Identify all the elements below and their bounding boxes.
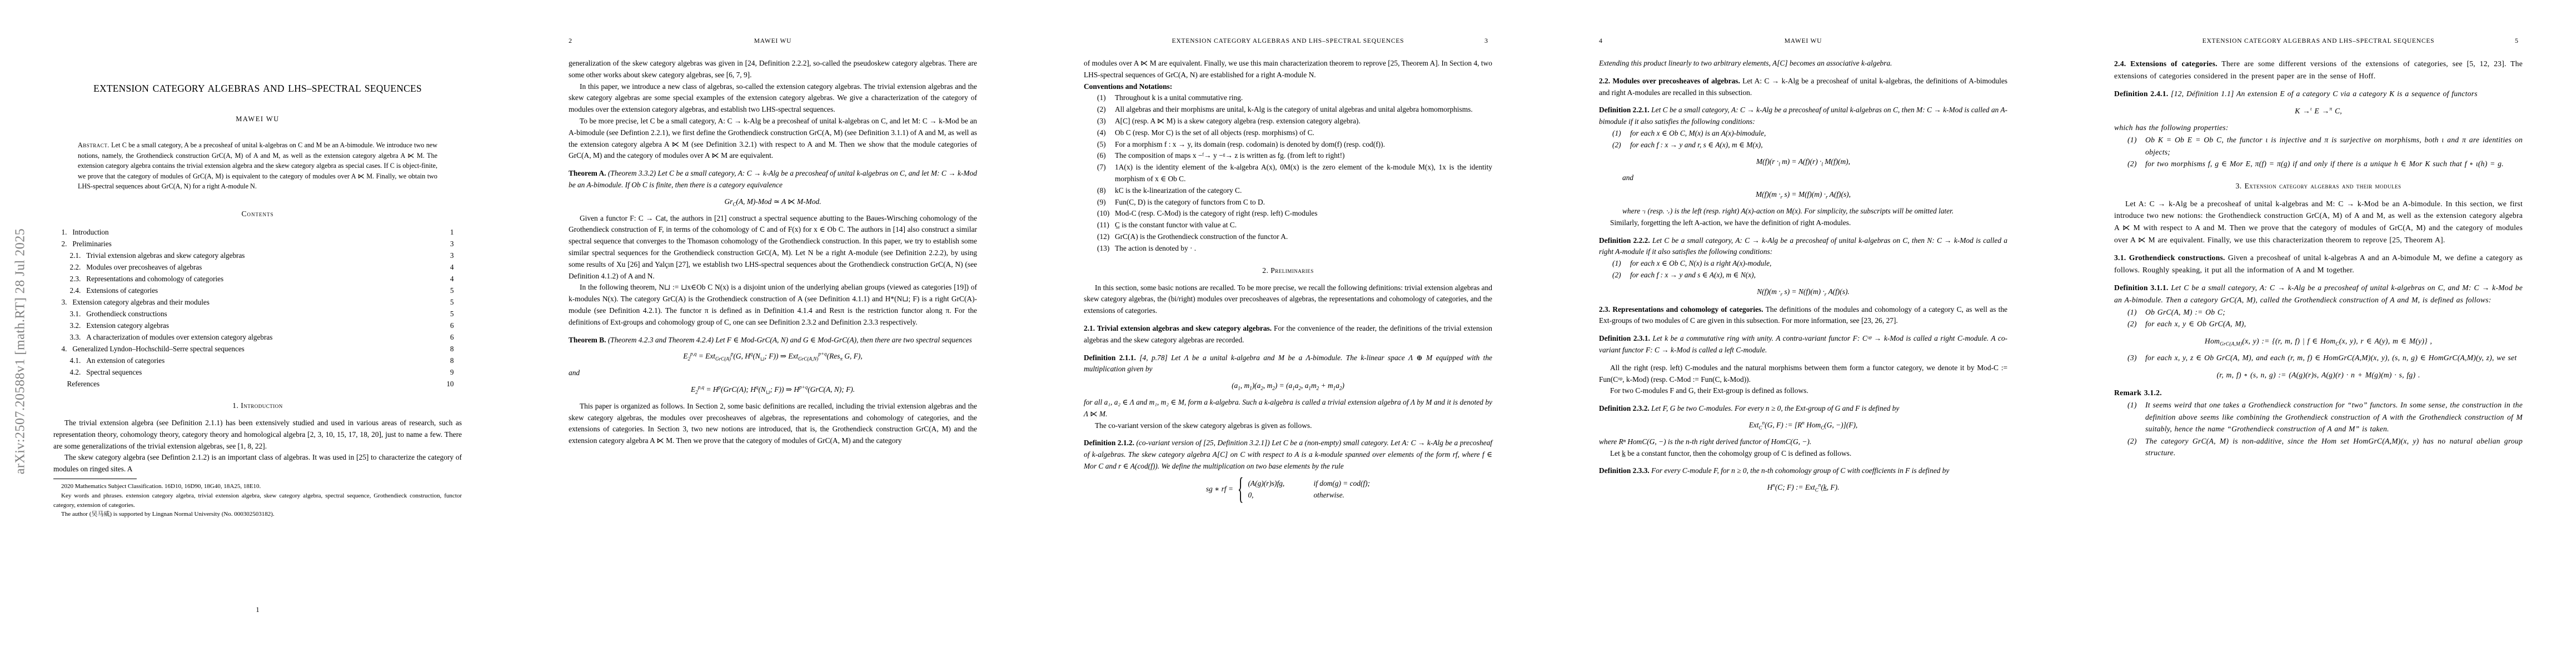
toc-row: 1.Introduction1	[62, 226, 454, 238]
definition-2-2-1: Definition 2.2.1. Let C be a small categ…	[1599, 104, 2007, 128]
definition-item: (1)Ob GrC(A, M) := Ob C;	[2114, 306, 2523, 318]
paragraph: To be more precise, let C be a small cat…	[569, 116, 977, 162]
display-formula: GrC(A, M)-Mod ≃ A ⋉ M-Mod.	[569, 196, 977, 208]
toc-page: 4	[450, 273, 454, 285]
subsection-heading: 2.4. Extensions of categories.	[2114, 59, 2218, 68]
convention-item: (3)A[C] (resp. A ⋉ M) is a skew category…	[1084, 116, 1492, 127]
toc-number: 4.2.	[70, 366, 81, 378]
toc-page: 6	[450, 320, 454, 331]
subsection-heading: 3.1. Grothendieck constructions.	[2114, 253, 2225, 262]
footnote-rule	[53, 479, 137, 479]
display-formula: E2p,q = Hp(GrC(A); Hq(N⊔; F)) ⇒ Hp+q(GrC…	[569, 384, 977, 396]
toc-number: 3.2.	[70, 320, 81, 331]
section-heading: 3. Extension category algebras and their…	[2114, 180, 2523, 192]
definition-item: (2)for each x, y ∈ Ob GrC(A, M),	[2114, 318, 2523, 330]
toc-page: 3	[450, 238, 454, 250]
toc-page: 5	[450, 285, 454, 296]
theorem-label: Theorem B.	[569, 336, 606, 344]
paragraph: In the following theorem, N⊔ := ⊔x∈Ob C …	[569, 282, 977, 328]
paper-scan: { "watermark": "arXiv:2507.20588v1 [math…	[0, 0, 2576, 667]
paragraph: This paper is organized as follows. In S…	[569, 401, 977, 447]
toc-number: 2.4.	[70, 285, 81, 296]
toc-label: Extensions of categories	[86, 285, 158, 296]
definition-tail: for all a₁, a₂ ∈ Λ and m₁, m₂ ∈ M, form …	[1084, 397, 1492, 420]
piecewise-formula: sg ∗ rf = { (A(g)(r)s)fg,if dom(g) = cod…	[1084, 478, 1492, 501]
author-name: MAWEI WU	[53, 115, 462, 123]
abstract-label: Abstract.	[78, 141, 109, 149]
convention-item: (9)Fun(C, D) is the category of functors…	[1084, 197, 1492, 208]
remark-3-1-2: Remark 3.1.2.	[2114, 387, 2523, 399]
subsection-2-1: 2.1. Trivial extension algebras and skew…	[1084, 323, 1492, 346]
toc-number: 2.2.	[70, 261, 81, 273]
toc-label: Representations and cohomology of catego…	[86, 273, 223, 285]
toc-number: 2.3.	[70, 273, 81, 285]
toc-row: 3.1.Grothendieck constructions5	[62, 308, 454, 320]
running-head: EXTENSION CATEGORY ALGEBRAS AND LHS–SPEC…	[1084, 37, 1492, 45]
definition-body: For every C-module F, for n ≥ 0, the n-t…	[1651, 466, 1949, 475]
display-formula: ExtCn(G, F) := [Rn HomC(G, −)](F),	[1599, 420, 2007, 431]
definition-body: [12, Définition 1.1] An extension E of a…	[2171, 89, 2478, 98]
footnote-funding: The author (吴马威) is supported by Lingnan…	[53, 510, 462, 519]
subsection-3-1: 3.1. Grothendieck constructions. Given a…	[2114, 252, 2523, 276]
definition-2-4-1: Definition 2.4.1. [12, Définition 1.1] A…	[2114, 88, 2523, 100]
where-note: where Rⁿ HomC(G, −) is the n-th right de…	[1599, 436, 2007, 448]
case-condition: otherwise.	[1313, 490, 1344, 501]
toc-label: Extension category algebras and their mo…	[72, 296, 209, 308]
brace-glyph: {	[1238, 475, 1244, 504]
paragraph: For two C-modules F and G, their Ext-gro…	[1599, 385, 2007, 397]
paper-title: EXTENSION CATEGORY ALGEBRAS AND LHS–SPEC…	[86, 81, 430, 96]
page-number: 4	[1599, 37, 1607, 45]
running-head: 2 MAWEI WU	[569, 37, 977, 45]
toc-page: 5	[450, 308, 454, 320]
toc-row: 2.1.Trivial extension algebras and skew …	[62, 250, 454, 261]
toc-page: 8	[450, 355, 454, 366]
convention-item: (1)Throughout k is a unital commutative …	[1084, 92, 1492, 104]
toc-number: 4.1.	[70, 355, 81, 366]
remark-item: (1)It seems weird that one takes a Groth…	[2114, 399, 2523, 435]
definition-label: Definition 2.3.3.	[1599, 466, 1650, 475]
definition-label: Definition 2.4.1.	[2114, 89, 2168, 98]
case-value: (A(g)(r)s)fg,	[1248, 478, 1313, 490]
definition-body: Let C be a small category, A: C → k-Alg …	[2114, 283, 2523, 304]
definition-label: Definition 2.1.1.	[1084, 354, 1136, 362]
paragraph: In this section, some basic notions are …	[1084, 282, 1492, 317]
convention-item: (5)For a morphism f : x → y, its domain …	[1084, 139, 1492, 151]
case-value: 0,	[1248, 490, 1313, 501]
case-condition: if dom(g) = cod(f);	[1313, 478, 1370, 490]
subsection-heading: 2.3. Representations and cohomology of c…	[1599, 305, 1763, 313]
convention-item: (2)All algebras and their morphisms are …	[1084, 104, 1492, 116]
convention-item: (11)C̲ is the constant functor with valu…	[1084, 220, 1492, 231]
definition-item: (1)for each x ∈ Ob C, M(x) is an A(x)-bi…	[1599, 128, 2007, 140]
theorem-b: Theorem B. (Theorem 4.2.3 and Theorem 4.…	[569, 335, 977, 346]
definition-item: (1)for each x ∈ Ob C, N(x) is a right A(…	[1599, 258, 2007, 270]
toc-number: 3.	[62, 296, 67, 308]
toc-label: Extension category algebras	[86, 320, 169, 331]
toc-page: 10	[446, 378, 454, 390]
toc-number: 3.1.	[70, 308, 81, 320]
remark-item: (2)The category GrC(A, M) is non-additiv…	[2114, 435, 2523, 459]
paragraph: All the right (resp. left) C-modules and…	[1599, 362, 2007, 386]
properties-line: which has the following properties:	[2114, 122, 2523, 134]
toc-row: 2.2.Modules over precosheaves of algebra…	[62, 261, 454, 273]
paragraph: The skew category algebra (see Defintion…	[53, 452, 462, 475]
section-heading: 2. Preliminaries	[1084, 265, 1492, 276]
toc-number: 3.3.	[70, 331, 81, 343]
convention-item: (8)kC is the k-linearization of the cate…	[1084, 185, 1492, 197]
page-number: 5	[2515, 37, 2523, 45]
definition-2-3-1: Definition 2.3.1. Let k be a commutative…	[1599, 333, 2007, 356]
paragraph: Given a functor F: C → Cat, the authors …	[569, 213, 977, 282]
contents-heading: Contents	[53, 210, 462, 218]
definition-2-1-2: Definition 2.1.2. (co-variant version of…	[1084, 437, 1492, 472]
where-note: where ·ₗ (resp. ·ᵣ) is the left (resp. r…	[1599, 206, 2007, 217]
toc-label: Spectral sequences	[86, 366, 142, 378]
toc-number: 1.	[62, 226, 67, 238]
display-formula: K →ι E →π C,	[2114, 105, 2523, 117]
toc-row: 2.3.Representations and cohomology of ca…	[62, 273, 454, 285]
display-formula: E2p,q = ExtGrC(A)p(G, Hq(N⊔; F)) ⇒ ExtGr…	[569, 351, 977, 362]
paragraph: Similarly, forgetting the left A-action,…	[1599, 217, 2007, 229]
toc-page: 8	[450, 343, 454, 355]
subsection-2-4: 2.4. Extensions of categories. There are…	[2114, 58, 2523, 82]
subsection-heading: 2.1. Trivial extension algebras and skew…	[1084, 324, 1272, 332]
toc-label: References	[67, 378, 100, 390]
toc-row: 4.Generalized Lyndon–Hochschild–Serre sp…	[62, 343, 454, 355]
toc-page: 9	[450, 366, 454, 378]
definition-2-2-2: Definition 2.2.2. Let C be a small categ…	[1599, 235, 2007, 258]
definition-item: (2)for each f : x → y and s ∈ A(x), m ∈ …	[1599, 270, 2007, 281]
table-of-contents: 1.Introduction1 2.Preliminaries3 2.1.Tri…	[62, 226, 454, 390]
toc-number: 2.1.	[70, 250, 81, 261]
definition-item: (3)for each x, y, z ∈ Ob GrC(A, M), and …	[2114, 352, 2523, 364]
definition-3-1-1: Definition 3.1.1. Let C be a small categ…	[2114, 282, 2523, 306]
theorem-a: Theorem A. (Theorem 3.3.2) Let C be a sm…	[569, 168, 977, 191]
page-1: EXTENSION CATEGORY ALGEBRAS AND LHS–SPEC…	[0, 0, 515, 667]
display-formula: M(f)(m ·r s) = M(f)(m) ·r A(f)(s),	[1599, 189, 2007, 201]
definition-2-1-1: Definition 2.1.1. [4, p.78] Let Λ be a u…	[1084, 352, 1492, 376]
toc-row: 4.2.Spectral sequences9	[62, 366, 454, 378]
running-head: 4 MAWEI WU	[1599, 37, 2007, 45]
toc-page: 1	[450, 226, 454, 238]
toc-label: An extension of categories	[86, 355, 165, 366]
page-number: 1	[0, 606, 515, 614]
definition-label: Definition 2.3.2.	[1599, 404, 1650, 412]
definition-item: (2)for each f : x → y and r, s ∈ A(x), m…	[1599, 140, 2007, 151]
toc-number: 2.	[62, 238, 67, 250]
convention-item: (7)1A(x) is the identity element of the …	[1084, 162, 1492, 185]
page-4: 4 MAWEI WU Extending this product linear…	[1546, 0, 2061, 667]
paragraph: The trivial extension algebra (see Defin…	[53, 417, 462, 452]
definition-body: Let k be a commutative ring with unity. …	[1599, 334, 2007, 354]
definition-item: (1)Ob K = Ob E = Ob C, the functor ι is …	[2114, 134, 2523, 158]
theorem-label: Theorem A.	[569, 169, 606, 177]
page-2: 2 MAWEI WU generalization of the skew ca…	[515, 0, 1030, 667]
conventions-heading: Conventions and Notations:	[1084, 81, 1492, 93]
toc-label: A characterization of modules over exten…	[86, 331, 272, 343]
running-title: EXTENSION CATEGORY ALGEBRAS AND LHS–SPEC…	[2122, 38, 2515, 44]
running-head: EXTENSION CATEGORY ALGEBRAS AND LHS–SPEC…	[2114, 37, 2523, 45]
subsection-2-2: 2.2. Modules over precosheaves of algebr…	[1599, 76, 2007, 99]
page-number: 3	[1484, 37, 1492, 45]
toc-row: 3.Extension category algebras and their …	[62, 296, 454, 308]
toc-page: 5	[450, 296, 454, 308]
definition-body: Let C be a small category, A: C → k-Alg …	[1599, 106, 2007, 126]
definition-body: [4, p.78] Let Λ be a unital k-algebra an…	[1084, 354, 1492, 374]
abstract-text: Let C be a small category, A be a precos…	[78, 141, 437, 190]
paragraph: In this paper, we introduce a new class …	[569, 81, 977, 116]
paragraph: of modules over A ⋉ M are equivalent. Fi…	[1084, 58, 1492, 81]
running-title: MAWEI WU	[1607, 38, 2000, 44]
display-formula: M(f)(r ·l m) = A(f)(r) ·l M(f)(m),	[1599, 156, 2007, 168]
toc-label: Introduction	[72, 226, 108, 238]
definition-2-3-2: Definition 2.3.2. Let F, G be two C-modu…	[1599, 403, 2007, 415]
convention-item: (6)The composition of maps x −ᶠ→ y −ᵍ→ z…	[1084, 150, 1492, 162]
display-formula: N(f)(m ·r s) = N(f)(m) ·r A(f)(s).	[1599, 286, 2007, 298]
theorem-body: (Theorem 3.3.2) Let C be a small categor…	[569, 169, 977, 189]
paragraph: The co-variant version of the skew categ…	[1084, 420, 1492, 432]
toc-label: Generalized Lyndon–Hochschild–Serre spec…	[72, 343, 244, 355]
footnotes: 2020 Mathematics Subject Classification.…	[53, 479, 462, 519]
toc-row: 3.3.A characterization of modules over e…	[62, 331, 454, 343]
paragraph: Let A: C → k-Alg be a precosheaf of unit…	[2114, 198, 2523, 246]
subsection-2-3: 2.3. Representations and cohomology of c…	[1599, 304, 2007, 327]
paragraph: Let k̲ be a constant functor, then the c…	[1599, 448, 2007, 460]
definition-body: (co-variant version of [25, Definition 3…	[1084, 439, 1492, 470]
definition-body: Let C be a small category, A: C → k-Alg …	[1599, 236, 2007, 256]
toc-label: Modules over precosheaves of algebras	[86, 261, 202, 273]
running-title: MAWEI WU	[576, 38, 969, 44]
convention-item: (4)Ob C (resp. Mor C) is the set of all …	[1084, 127, 1492, 139]
running-title: EXTENSION CATEGORY ALGEBRAS AND LHS–SPEC…	[1092, 38, 1484, 44]
page-spread: EXTENSION CATEGORY ALGEBRAS AND LHS–SPEC…	[0, 0, 2576, 667]
convention-item: (12)GrC(A) is the Grothendieck construct…	[1084, 231, 1492, 243]
definition-label: Definition 2.1.2.	[1084, 439, 1134, 447]
toc-number: 4.	[62, 343, 67, 355]
toc-row: References10	[62, 378, 454, 390]
page-5: EXTENSION CATEGORY ALGEBRAS AND LHS–SPEC…	[2061, 0, 2576, 667]
toc-row: 4.1.An extension of categories8	[62, 355, 454, 366]
footnote-msc: 2020 Mathematics Subject Classification.…	[53, 482, 462, 491]
page-3: EXTENSION CATEGORY ALGEBRAS AND LHS–SPEC…	[1030, 0, 1546, 667]
paragraph: Extending this product linearly to two a…	[1599, 58, 2007, 69]
page-number: 2	[569, 37, 576, 45]
subsection-heading: 2.2. Modules over precosheaves of algebr…	[1599, 77, 1740, 85]
toc-page: 3	[450, 250, 454, 261]
definition-item: (2)for two morphisms f, g ∈ Mor E, π(f) …	[2114, 158, 2523, 170]
formula-lhs: sg ∗ rf =	[1206, 484, 1233, 495]
definition-label: Definition 2.3.1.	[1599, 334, 1650, 342]
theorem-body: (Theorem 4.2.3 and Theorem 4.2.4) Let F …	[608, 336, 972, 344]
toc-row: 2.4.Extensions of categories5	[62, 285, 454, 296]
toc-row: 2.Preliminaries3	[62, 238, 454, 250]
toc-page: 6	[450, 331, 454, 343]
display-formula: HomGrC(A,M)(x, y) := {(r, m, f) | f ∈ Ho…	[2114, 335, 2523, 347]
toc-label: Preliminaries	[72, 238, 111, 250]
definition-label: Definition 3.1.1.	[2114, 283, 2169, 292]
definition-2-3-3: Definition 2.3.3. For every C-module F, …	[1599, 465, 2007, 477]
section-heading: 1. Introduction	[53, 400, 462, 411]
convention-item: (13)The action is denoted by · .	[1084, 243, 1492, 255]
abstract: Abstract. Let C be a small category, A b…	[78, 140, 437, 192]
definition-label: Definition 2.2.1.	[1599, 106, 1650, 114]
display-formula: Hn(C; F) := ExtCn(k̲, F).	[1599, 482, 2007, 494]
footnote-keywords: Key words and phrases. extension categor…	[53, 491, 462, 510]
display-formula: (r, m, f) ∘ (s, n, g) := (A(g)(r)s, A(g)…	[2114, 369, 2523, 381]
convention-item: (10)Mod-C (resp. C-Mod) is the category …	[1084, 208, 1492, 220]
connector-word: and	[1599, 172, 2007, 184]
remark-label: Remark 3.1.2.	[2114, 389, 2162, 397]
definition-label: Definition 2.2.2.	[1599, 236, 1650, 245]
toc-row: 3.2.Extension category algebras6	[62, 320, 454, 331]
connector-word: and	[569, 367, 977, 379]
paragraph: generalization of the skew category alge…	[569, 58, 977, 81]
display-formula: (a1, m1)(a2, m2) = (a1a2, a1m2 + m1a2)	[1084, 380, 1492, 392]
toc-label: Trivial extension algebras and skew cate…	[86, 250, 245, 261]
toc-label: Grothendieck constructions	[86, 308, 167, 320]
toc-page: 4	[450, 261, 454, 273]
definition-body: Let F, G be two C-modules. For every n ≥…	[1651, 404, 1899, 412]
